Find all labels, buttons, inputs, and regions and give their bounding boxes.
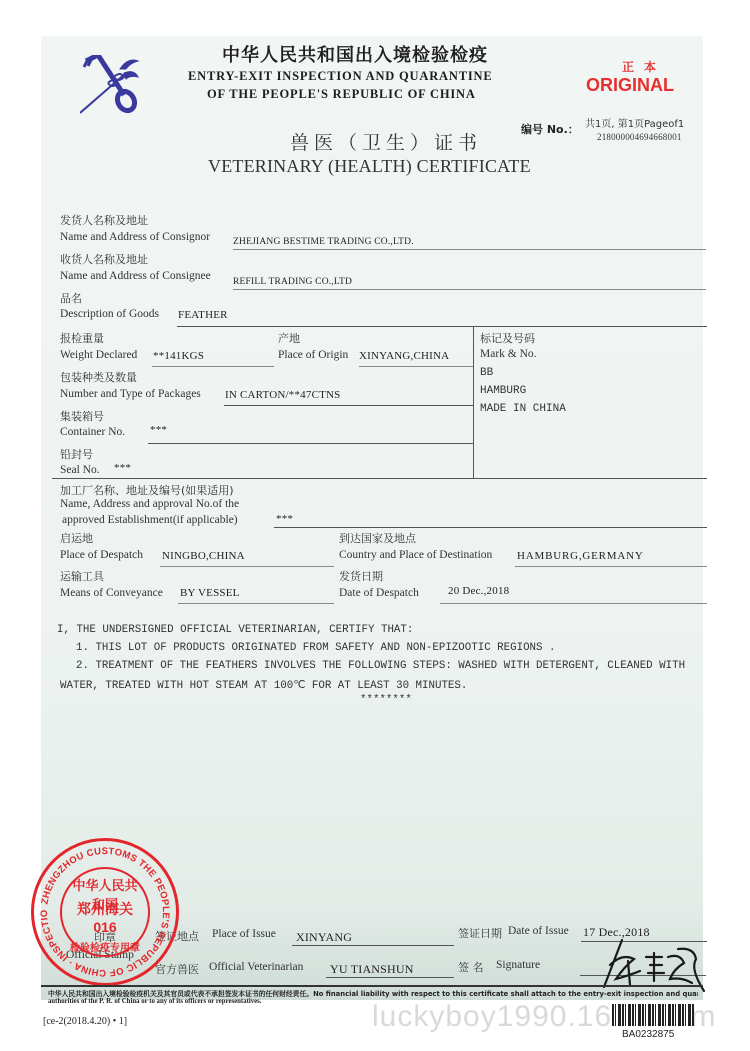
certification-end-mark: ******** xyxy=(360,694,412,706)
weight-label-cn: 报检重量 xyxy=(60,330,104,346)
seal-value: *** xyxy=(114,462,131,474)
container-label-cn: 集装箱号 xyxy=(60,408,104,424)
goods-label-cn: 品名 xyxy=(60,290,82,306)
agency-name-cn: 中华人民共和国出入境检验检疫 xyxy=(222,41,488,67)
despatch-place-label-en: Place of Despatch xyxy=(60,549,143,561)
cert-number-label: 编号 No.： xyxy=(521,121,579,137)
packages-label-cn: 包装种类及数量 xyxy=(60,369,137,385)
origin-label-cn: 产地 xyxy=(278,330,300,346)
stamp-text-bottom: 检验检疫专用章 xyxy=(64,939,146,954)
destination-label-en: Country and Place of Destination xyxy=(339,549,492,561)
consignee-label-en: Name and Address of Consignee xyxy=(60,270,211,282)
container-value: *** xyxy=(150,424,167,436)
consignee-label-cn: 收货人名称及地址 xyxy=(60,251,148,267)
conveyance-label-cn: 运输工具 xyxy=(60,568,104,584)
page-info: 共1页, 第1页Pageof1 xyxy=(585,115,684,130)
establishment-label-en-2: approved Establishment(if applicable) xyxy=(62,514,238,526)
establishment-value: *** xyxy=(276,513,293,525)
marks-line: BB xyxy=(480,367,493,379)
key-caduceus-emblem-icon xyxy=(80,55,140,117)
marks-line: MADE IN CHINA xyxy=(480,403,566,415)
agency-name-en-line2: OF THE PEOPLE'S REPUBLIC OF CHINA xyxy=(207,87,476,102)
weight-value: **141KGS xyxy=(153,350,204,362)
consignor-label-cn: 发货人名称及地址 xyxy=(60,212,148,228)
establishment-label-en-1: Name, Address and approval No.of the xyxy=(60,498,239,510)
consignor-label-en: Name and Address of Consignor xyxy=(60,231,210,243)
official-vet-value: YU TIANSHUN xyxy=(330,962,414,977)
destination-label-cn: 到达国家及地点 xyxy=(339,530,416,546)
certification-continuation: WATER, TREATED WITH HOT STEAM AT 100℃ FO… xyxy=(60,678,467,692)
signature-label-en: Signature xyxy=(496,959,540,971)
form-code: [ce-2(2018.4.20) • 1] xyxy=(43,1016,127,1027)
original-label-en: ORIGINAL xyxy=(586,75,674,96)
seal-label-en: Seal No. xyxy=(60,464,100,476)
establishment-label-cn: 加工厂名称、地址及编号(如果适用) xyxy=(60,482,234,498)
official-vet-label-en: Official Veterinarian xyxy=(209,961,303,973)
packages-value: IN CARTON/**47CTNS xyxy=(225,389,341,401)
certificate-title-cn: 兽医（卫生）证书 xyxy=(290,128,482,155)
despatch-date-label-en: Date of Despatch xyxy=(339,587,419,599)
consignee-value: REFILL TRADING CO.,LTD xyxy=(233,277,352,287)
stamp-text-mid: 郑州海关 xyxy=(70,899,140,919)
conveyance-label-en: Means of Conveyance xyxy=(60,587,163,599)
conveyance-value: BY VESSEL xyxy=(180,587,240,599)
signature-label-cn: 签 名 xyxy=(458,959,484,975)
origin-value: XINYANG,CHINA xyxy=(359,350,449,362)
goods-label-en: Description of Goods xyxy=(60,308,159,320)
marks-label-en: Mark & No. xyxy=(480,348,537,360)
disclaimer-line-1: 中华人民共和国出入境检验检疫机关及其官员或代表不承担签发本证书的任何财经责任。N… xyxy=(48,988,698,998)
place-of-issue-value: XINYANG xyxy=(296,930,352,945)
certification-item-2: 2. TREATMENT OF THE FEATHERS INVOLVES TH… xyxy=(76,660,685,672)
packages-label-en: Number and Type of Packages xyxy=(60,388,201,400)
destination-value: HAMBURG,GERMANY xyxy=(517,550,644,562)
marks-label-cn: 标记及号码 xyxy=(480,330,535,346)
marks-line: HAMBURG xyxy=(480,385,526,397)
official-stamp: ZHENGZHOU CUSTOMS THE PEOPLE'S REPUBLIC … xyxy=(31,838,179,986)
date-of-issue-label-cn: 签证日期 xyxy=(458,925,502,941)
certification-intro: I, THE UNDERSIGNED OFFICIAL VETERINARIAN… xyxy=(57,624,413,636)
certificate-number: 218000004694668001 xyxy=(597,132,682,142)
place-of-issue-label-en: Place of Issue xyxy=(212,928,276,940)
consignor-value: ZHEJIANG BESTIME TRADING CO.,LTD. xyxy=(233,237,414,247)
despatch-date-value: 20 Dec.,2018 xyxy=(448,585,509,597)
despatch-place-label-cn: 启运地 xyxy=(60,530,93,546)
container-label-en: Container No. xyxy=(60,426,125,438)
stamp-number: 016 xyxy=(70,919,140,935)
agency-name-en-line1: ENTRY-EXIT INSPECTION AND QUARANTINE xyxy=(188,69,492,84)
despatch-place-value: NINGBO,CHINA xyxy=(162,550,245,562)
origin-label-en: Place of Origin xyxy=(278,349,348,361)
serial-number: BA0232875 xyxy=(622,1029,674,1040)
seal-label-cn: 铅封号 xyxy=(60,446,93,462)
original-label-cn: 正本 xyxy=(622,58,666,75)
date-of-issue-label-en: Date of Issue xyxy=(508,925,569,937)
goods-value: FEATHER xyxy=(178,309,228,321)
certificate-title-en: VETERINARY (HEALTH) CERTIFICATE xyxy=(208,156,531,177)
disclaimer-line-2: authorities of the P. R. of China or to … xyxy=(48,998,262,1005)
certification-item-1: 1. THIS LOT OF PRODUCTS ORIGINATED FROM … xyxy=(76,642,555,654)
barcode xyxy=(612,1004,694,1026)
weight-label-en: Weight Declared xyxy=(60,349,137,361)
despatch-date-label-cn: 发货日期 xyxy=(339,568,383,584)
